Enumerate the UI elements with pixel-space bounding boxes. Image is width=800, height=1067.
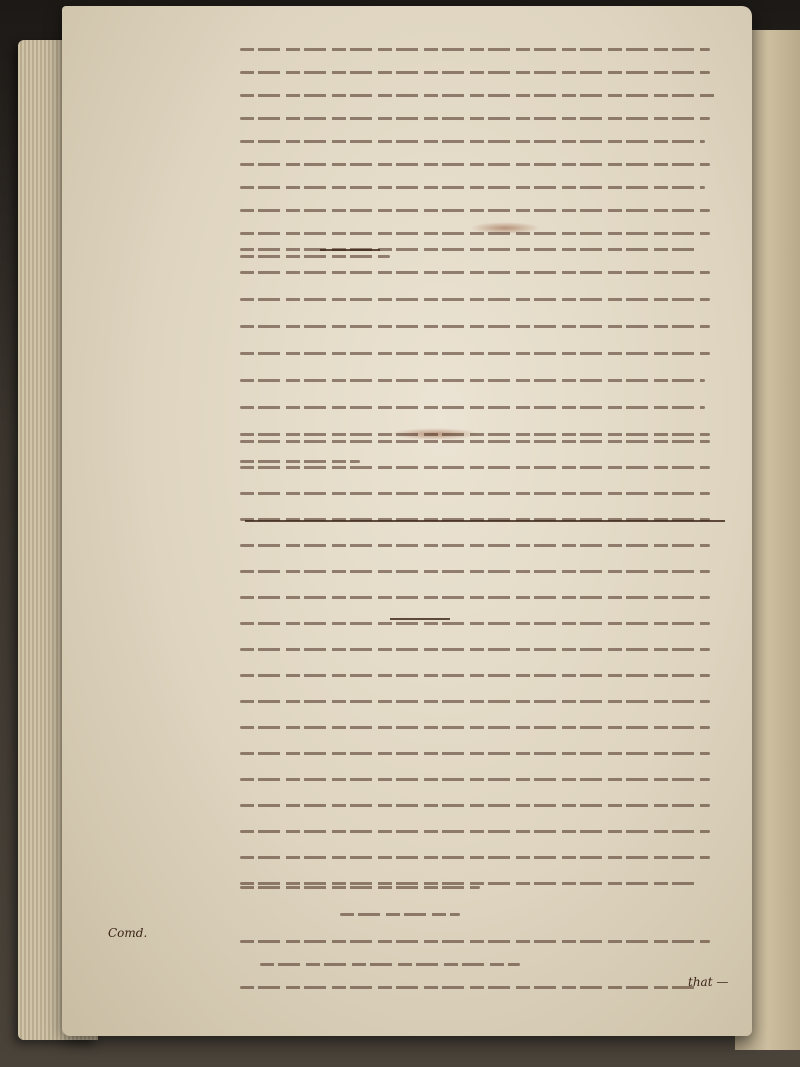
strikethrough: [390, 618, 450, 620]
strikethrough: [320, 249, 380, 251]
text-block-interrogatories: [240, 878, 720, 1001]
catchword: that —: [688, 975, 728, 989]
text-block-lower: [240, 432, 720, 900]
margin-note: Comd.: [108, 926, 147, 940]
strikethrough: [245, 520, 725, 522]
text-block-top: [240, 40, 720, 270]
